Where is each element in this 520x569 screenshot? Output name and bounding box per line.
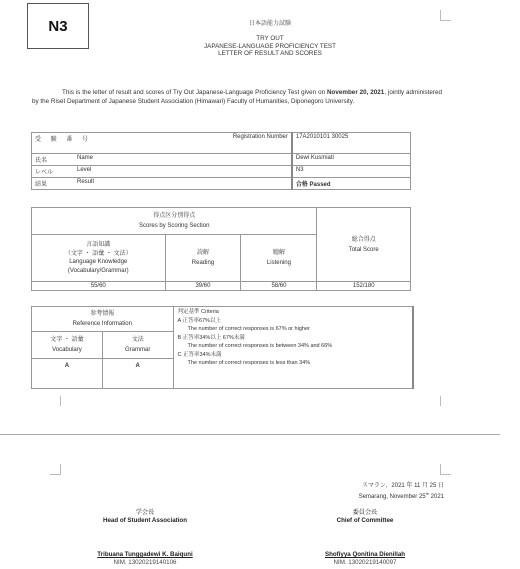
intro-date: November 20, 2021 <box>327 89 384 96</box>
reference-header: 参考情報 Reference Information <box>32 307 174 332</box>
title-line-2: JAPANESE-LANGUAGE PROFICIENCY TEST <box>130 43 410 51</box>
language-knowledge-score: 55/60 <box>32 282 166 291</box>
signature-right: 委員会長 Chief of Committee Shofiyya Qonitin… <box>290 509 440 566</box>
table-row: 氏名 Name Dewi Kusmiati <box>32 154 411 166</box>
reading-header: 読解 Reading <box>165 235 241 282</box>
criteria-a-en: The number of correct responses is 67% o… <box>178 325 408 334</box>
criteria-c-en: The number of correct responses is less … <box>178 359 408 368</box>
page-corner-mark <box>440 396 451 406</box>
name-label-en: Name <box>74 154 292 166</box>
criteria-a-jp: A 正答率67%以上 <box>178 317 408 326</box>
reading-score: 39/60 <box>165 282 241 291</box>
total-score-header: 総合得点 Total Score <box>317 208 411 282</box>
title-line-3: LETTER OF RESULT AND SCORES <box>130 50 410 58</box>
signature-left: 学会長 Head of Student Association Tribuana… <box>70 509 220 566</box>
language-knowledge-header: 言語知識 （文字 ・ 語彙 ・ 文法） Language Knowledge (… <box>32 235 166 282</box>
table-row: 結果 Result 合格 Passed <box>32 178 411 190</box>
criteria-b-jp: B 正答率34%以上 67%未満 <box>178 334 408 343</box>
criteria-c-jp: C 正答率34%未満 <box>178 351 408 360</box>
page-corner-mark <box>50 464 61 475</box>
grammar-grade: A <box>102 359 173 389</box>
right-role-en: Chief of Committee <box>290 517 440 525</box>
result-label-en: Result <box>74 178 292 190</box>
registration-label: 受 験 番 号 Registration Number <box>32 133 292 154</box>
scoring-section-header: 得点区分別得点 Scores by Scoring Section <box>32 208 317 235</box>
criteria-title: 判定基準 Criteria <box>178 308 408 317</box>
table-row: 受 験 番 号 Registration Number 17A2010101 3… <box>32 133 411 154</box>
candidate-info-table: 受 験 番 号 Registration Number 17A2010101 3… <box>31 132 411 190</box>
left-role-en: Head of Student Association <box>70 517 220 525</box>
signature-date: スマラン、2021 年 11 月 25 日 Semarang, November… <box>274 482 444 501</box>
page-separator <box>0 434 500 435</box>
vocabulary-header: 文字 ・ 語彙 Vocabulary <box>32 332 103 359</box>
listening-header: 聴解 Listening <box>241 235 317 282</box>
page-corner-mark <box>440 464 451 475</box>
left-signer-nim: NIM. 13020219140106 <box>70 559 220 567</box>
intro-paragraph: This is the letter of result and scores … <box>32 89 442 106</box>
result-label-jp: 結果 <box>32 178 75 190</box>
level-value: N3 <box>292 166 411 178</box>
table-row: レベル Level N3 <box>32 166 411 178</box>
criteria-cell: 判定基準 Criteria A 正答率67%以上 The number of c… <box>173 307 413 389</box>
table-row: 参考情報 Reference Information 判定基準 Criteria… <box>32 307 414 332</box>
level-badge: N3 <box>27 3 89 49</box>
vocabulary-grade: A <box>32 359 103 389</box>
name-value: Dewi Kusmiati <box>292 154 411 166</box>
right-role-jp: 委員会長 <box>290 509 440 517</box>
table-row: 得点区分別得点 Scores by Scoring Section 総合得点 T… <box>32 208 411 235</box>
jp-title: 日本語能力試験 <box>150 18 390 27</box>
right-signer-name: Shofiyya Qonitina Dienillah <box>290 551 440 559</box>
right-signer-nim: NIM. 13020219140097 <box>290 559 440 567</box>
title-line-1: TRY OUT <box>130 35 410 43</box>
intro-text-before: This is the letter of result and scores … <box>62 89 327 96</box>
table-row: 55/60 39/60 58/60 152/180 <box>32 282 411 291</box>
date-jp: スマラン、2021 年 11 月 25 日 <box>274 482 444 490</box>
page-corner-mark <box>440 10 451 21</box>
criteria-b-en: The number of correct responses is betwe… <box>178 342 408 351</box>
left-signer-name: Tribuana Tunggadewi K. Baiquni <box>70 551 220 559</box>
result-value: 合格 Passed <box>292 178 411 190</box>
total-score: 152/180 <box>317 282 411 291</box>
page-corner-mark <box>50 396 61 406</box>
level-label-jp: レベル <box>32 166 75 178</box>
listening-score: 58/60 <box>241 282 317 291</box>
level-label-en: Level <box>74 166 292 178</box>
date-en: Semarang, November 25th 2021 <box>274 490 444 501</box>
document-title: TRY OUT JAPANESE-LANGUAGE PROFICIENCY TE… <box>130 35 410 58</box>
left-role-jp: 学会長 <box>70 509 220 517</box>
scores-table: 得点区分別得点 Scores by Scoring Section 総合得点 T… <box>31 207 411 291</box>
name-label-jp: 氏名 <box>32 154 75 166</box>
grammar-header: 文法 Grammar <box>102 332 173 359</box>
registration-value: 17A2010101 30025 <box>292 133 411 154</box>
reference-table: 参考情報 Reference Information 判定基準 Criteria… <box>31 306 414 389</box>
